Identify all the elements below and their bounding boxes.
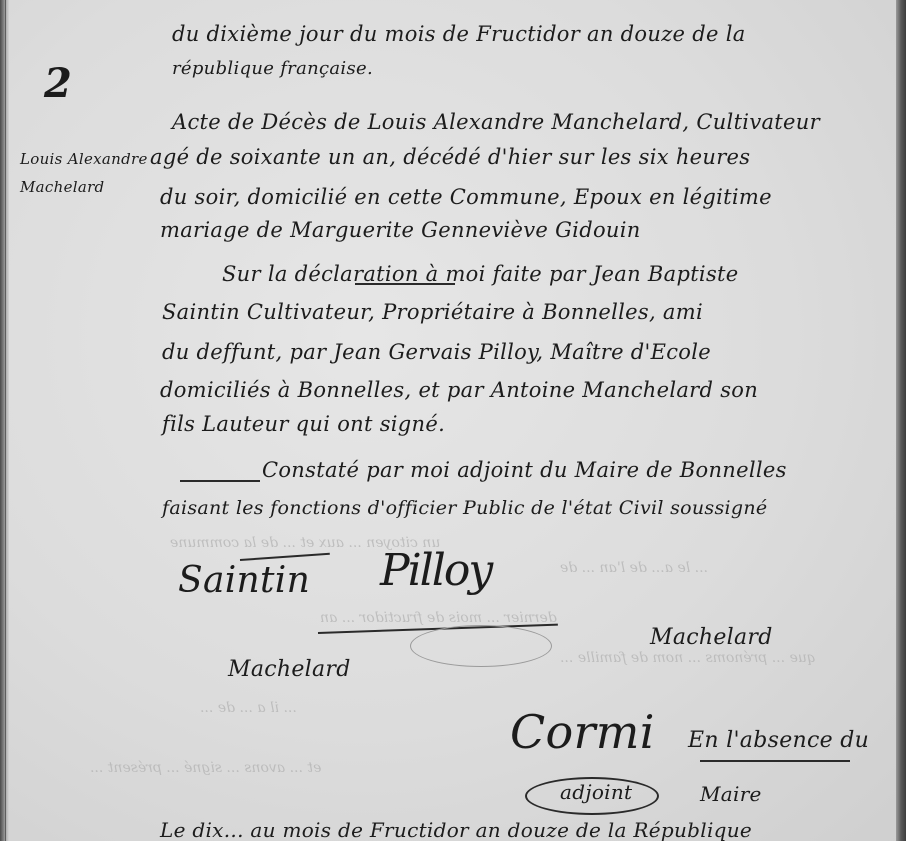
body-line: du dixième jour du mois de Fructidor an … [172, 22, 746, 46]
entry-number: 2 [44, 60, 72, 107]
signature-pilloy: Pilloy [380, 545, 491, 596]
body-line: fils Lauteur qui ont signé. [162, 412, 445, 436]
bleed-through-text: dernier ... mois de fructidor ... an [320, 610, 557, 626]
officer-note-underline [700, 760, 850, 762]
body-line: Acte de Décès de Louis Alexandre Manchel… [172, 110, 820, 134]
body-line: faisant les fonctions d'officier Public … [162, 497, 767, 519]
bleed-through-text: et ... avons ... signé ... présent ... [90, 760, 321, 776]
margin-name-first: Louis Alexandre [20, 150, 148, 168]
signature-machelard-left: Machelard [228, 657, 351, 682]
margin-name-last: Machelard [20, 178, 104, 196]
underline-stroke [355, 283, 455, 285]
bleed-through-text: que ... prénoms ... nom de famille ... [560, 650, 816, 666]
body-line: Saintin Cultivateur, Propriétaire à Bonn… [162, 300, 703, 324]
signature-saintin: Saintin [178, 560, 310, 601]
officer-note-line1: En l'absence du [688, 728, 869, 753]
document-scan: un citoyen ... aux et ... de la commune … [0, 0, 906, 841]
page-right-edge [896, 0, 906, 841]
bleed-through-text: ... le a... de l'an ... de [560, 560, 708, 576]
body-line: Sur la déclaration à moi faite par Jean … [222, 262, 739, 286]
underline-stroke [180, 480, 260, 482]
body-line: république française. [172, 58, 373, 79]
officer-title: adjoint [560, 780, 632, 804]
signature-flourish [410, 625, 552, 667]
body-line: du deffunt, par Jean Gervais Pilloy, Maî… [162, 340, 711, 364]
body-line: agé de soixante un an, décédé d'hier sur… [150, 145, 750, 169]
body-line: du soir, domicilié en cette Commune, Epo… [160, 185, 772, 209]
body-line: mariage de Marguerite Genneviève Gidouin [160, 218, 641, 242]
binding-line [5, 0, 6, 841]
next-entry-partial: Le dix... au mois de Fructidor an douze … [160, 818, 752, 841]
officer-note-line2: Maire [700, 782, 762, 806]
signature-officer: Cormi [510, 705, 655, 759]
bleed-through-text: ... il a ... de ... [200, 700, 297, 716]
body-line: Constaté par moi adjoint du Maire de Bon… [262, 458, 787, 482]
body-line: domiciliés à Bonnelles, et par Antoine M… [160, 378, 758, 402]
signature-machelard-right: Machelard [650, 625, 773, 650]
